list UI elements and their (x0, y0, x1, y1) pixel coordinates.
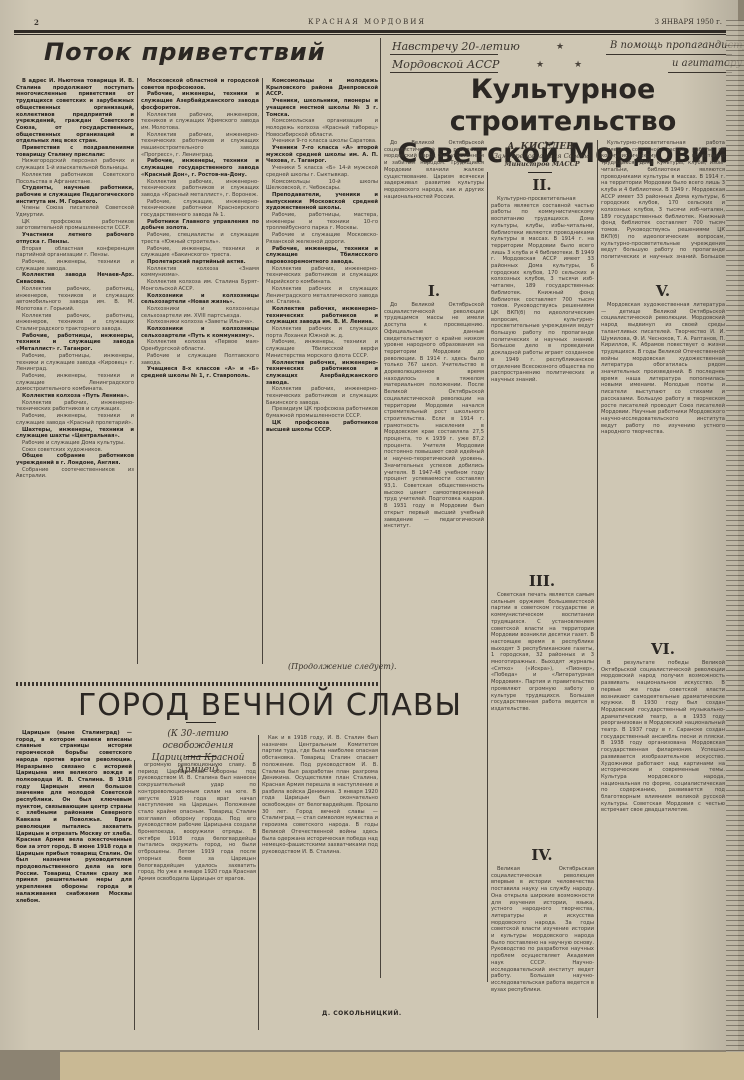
greeting-entry: Коллектив колхоза «Первое мая» Оренбургс… (141, 339, 259, 352)
rubric-underline (390, 72, 498, 73)
culture-column-3-top: Культурно-просветительная работа являетс… (601, 140, 725, 260)
greeting-entry: Шахтеры, инженеры, техники и служащие ша… (16, 427, 134, 440)
greeting-entry: Рабочие, инженеры, техники и служащие Тб… (266, 246, 378, 266)
greeting-entry: Коллектив колхоза «Знамя коммунизма». (141, 266, 259, 279)
greeting-entry: Коллектив рабочих и служащих Ленинградск… (266, 286, 378, 306)
greeting-entry: Комсомольская организация и молодежь кол… (266, 118, 378, 138)
greeting-entry: Коллектив работников Советского Посольст… (16, 172, 134, 185)
greeting-entry: Президиум ЦК профсоюза работников бумажн… (266, 406, 378, 419)
culture-section-4: Великая Октябрьская социалистическая рев… (491, 866, 594, 1016)
greeting-entry: Коллектив рабочих, инженерно-технических… (266, 306, 378, 326)
section-numeral-3: III. (490, 572, 594, 590)
culture-section-5: Мордовская художественная литература — д… (601, 302, 725, 632)
greeting-entry: Рабочие, работницы, мастера, инженеры и … (266, 212, 378, 232)
greeting-entry: Работники Главного управления по добыче … (141, 219, 259, 232)
greeting-entry: В адрес И. Ньютона товарища И. В. Сталин… (16, 78, 134, 145)
star-icon: ★ (556, 42, 564, 52)
greeting-entry: Рабочие, инженеры, техники и служащие за… (16, 413, 134, 426)
short-rule (528, 172, 552, 173)
city-column-2: огромную революционную славу. В период Ц… (138, 762, 256, 1030)
article-divider (380, 38, 381, 978)
greeting-entry: Приветствия с поздравлениями товарищу Ст… (16, 145, 134, 158)
greeting-entry: Колхозники колхоза «Заветы Ильича». (141, 319, 259, 326)
greeting-entry: ЦК профсоюза работников высшей школы ССС… (266, 420, 378, 433)
short-rule (186, 722, 216, 723)
star-icon: ★ (536, 60, 544, 70)
section-numeral-1: I. (384, 282, 484, 300)
greetings-column-3: Комсомольцы и молодежь Крыловского район… (266, 78, 378, 638)
greeting-entry: Члены Союза писателей Советской Удмуртии… (16, 205, 134, 218)
greeting-entry: Коллектив рабочих, работниц, инженеров, … (16, 286, 134, 313)
greeting-entry: Рабочие, специалисты и служащие треста «… (141, 232, 259, 245)
column-divider (597, 140, 598, 1018)
adjacent-page-edge (726, 20, 744, 1060)
greeting-entry: Учащиеся 8-х классов «А» и «Б» средней ш… (141, 366, 259, 379)
rubric-anniversary: Навстречу 20-летию (392, 40, 520, 53)
greeting-entry: Коллектив рабочих, инженерно-технических… (266, 386, 378, 406)
greeting-entry: Рабочие, инженеры, техники и служащие Ле… (16, 373, 134, 393)
greeting-entry: Рабочие и служащие Московско-Рязанской ж… (266, 232, 378, 245)
greeting-entry: Нижегородский персонал рабочих и служащи… (16, 158, 134, 171)
rubric-propagandist: В помощь пропагандисту (610, 40, 744, 51)
greeting-entry: Преподаватели, ученики и выпускники Моск… (266, 192, 378, 212)
background-surface (60, 1052, 744, 1080)
column-divider (258, 735, 259, 1030)
greeting-entry: Рабочие, работницы, инженеры, техники и … (16, 353, 134, 373)
city-signature: Д. СОКОЛЬНИЦКИЙ. (322, 1010, 402, 1017)
greeting-entry: Коллектив рабочих, инженерно-технических… (141, 132, 259, 159)
greetings-column-1: В адрес И. Ньютона товарища И. В. Сталин… (16, 78, 134, 660)
column-divider (487, 172, 488, 982)
culture-section-3: Советская печать является самым сильным … (491, 592, 594, 838)
greeting-entry: Рабочие, инженеры, техники и служащие «Б… (141, 246, 259, 259)
masthead-rule (14, 30, 726, 33)
greeting-entry: Коллектив колхоза им. Сталина Бурят-Монг… (141, 279, 259, 292)
rubric-underline (390, 54, 498, 55)
culture-section-2: Культурно-просветительная работа являетс… (491, 196, 594, 556)
newspaper-page: 2 КРАСНАЯ МОРДОВИЯ 3 ЯНВАРЯ 1950 г. Пото… (0, 0, 738, 1050)
culture-intro: До Великой Октябрьской социалистической … (384, 140, 484, 280)
greeting-entry: Ученики, школьники, пионеры и учащиеся м… (266, 98, 378, 118)
greeting-entry: Коллектив рабочих, инженерно-технических… (16, 400, 134, 413)
greeting-entry: Коллектив колхоза «Путь Ленина». (16, 393, 134, 400)
rubric-underline (606, 54, 732, 55)
greeting-entry: Рабочие и служащие Дома культуры. (16, 440, 134, 447)
greeting-entry: Московской областной и городской советов… (141, 78, 259, 91)
greeting-entry: Вторая областная конференция партийной о… (16, 246, 134, 259)
greeting-entry: Коллектив рабочих и служащих порта Лохан… (266, 326, 378, 339)
greeting-entry: Участники летнего рабочего отпуска г. Пе… (16, 232, 134, 245)
column-divider (262, 78, 263, 664)
greeting-entry: Коллектив рабочих, инженеров, техников и… (141, 112, 259, 132)
newspaper-name: КРАСНАЯ МОРДОВИЯ (8, 18, 726, 26)
column-divider (134, 760, 135, 1030)
greeting-entry: Рабочие, инженеры, техники и служащие Тб… (266, 339, 378, 359)
greeting-entry: ЦК профсоюза работников заготовительной … (16, 219, 134, 232)
greeting-entry: Пролетарский партийный актив. (141, 259, 259, 266)
greeting-entry: Комсомольцы 10-й школы Шелковской, г. Че… (266, 179, 378, 192)
greetings-headline: Поток приветствий (44, 38, 326, 66)
greeting-entry: Рабочие, служащие, инженерно-технические… (141, 199, 259, 219)
greeting-entry: Рабочие, инженеры, техники и служащие го… (141, 158, 259, 178)
greeting-entry: Рабочие, инженеры, техники и служащие за… (16, 259, 134, 272)
greeting-entry: Колхозники и колхозницы сельхозартели им… (141, 306, 259, 319)
culture-section-1: До Великой Октябрьской социалистической … (384, 302, 484, 982)
short-rule (186, 756, 216, 757)
author-byline: А. КИСЕЛЕВ. Зам. председателя Совета Мин… (490, 142, 594, 168)
section-numeral-5: V. (601, 282, 725, 300)
greeting-entry: Рабочие, инженеры, техники и служащие Аз… (141, 91, 259, 111)
star-icon: ★ (574, 60, 582, 70)
section-numeral-6: VI. (601, 640, 725, 658)
greeting-entry: Колхозники и колхозницы сельхозартели «П… (141, 326, 259, 339)
masthead-rule-thin (14, 34, 726, 35)
wavy-rule (16, 682, 378, 686)
section-numeral-4: IV. (490, 846, 594, 864)
greeting-entry: Студенты, научные работники, рабочие и с… (16, 185, 134, 205)
column-divider (137, 78, 138, 664)
greeting-entry: Коллектив рабочих, инженерно-технических… (141, 179, 259, 199)
greeting-entry: Колхозники и колхозницы сельхозартели «Н… (141, 293, 259, 306)
greetings-column-2: Московской областной и городской советов… (141, 78, 259, 660)
greeting-entry: Ученики 5 класса «Б» 14-й мужской средне… (266, 165, 378, 178)
rubric-anniversary-2: Мордовской АССР (392, 58, 499, 71)
greeting-entry: Коллектив рабочих, инженерно-технических… (266, 266, 378, 286)
rubric-underline (668, 72, 732, 73)
greeting-entry: Комсомольцы и молодежь Крыловского район… (266, 78, 378, 98)
culture-section-6: В результате победы Великой Октябрьской … (601, 660, 725, 1040)
masthead: 2 КРАСНАЯ МОРДОВИЯ 3 ЯНВАРЯ 1950 г. (8, 18, 726, 30)
greeting-entry: Коллектив рабочих, работниц, инженеров, … (16, 313, 134, 333)
greeting-entry: Коллектив завода Нечаев-Арх. Сивасова. (16, 272, 134, 285)
issue-date: 3 ЯНВАРЯ 1950 г. (655, 18, 722, 26)
greeting-entry: Собрание соотечественников из Австралии. (16, 467, 134, 480)
city-column-1: Царицын (ныне Сталинград) — город, в кот… (16, 730, 132, 1030)
greeting-entry: Ученики 7-го класса «А» второй мужской с… (266, 145, 378, 165)
greeting-entry: Рабочие, работницы, инженеры, техники и … (16, 333, 134, 353)
city-column-3: Как и в 1918 году, И. В. Сталин был назн… (262, 735, 378, 1003)
section-numeral-2: II. (490, 176, 594, 194)
greeting-entry: Рабочие и служащие Полтавского завода. (141, 353, 259, 366)
greeting-entry: Коллектив рабочих, инженерно-технических… (266, 360, 378, 387)
greeting-entry: Общее собрание работников учреждений в г… (16, 453, 134, 466)
